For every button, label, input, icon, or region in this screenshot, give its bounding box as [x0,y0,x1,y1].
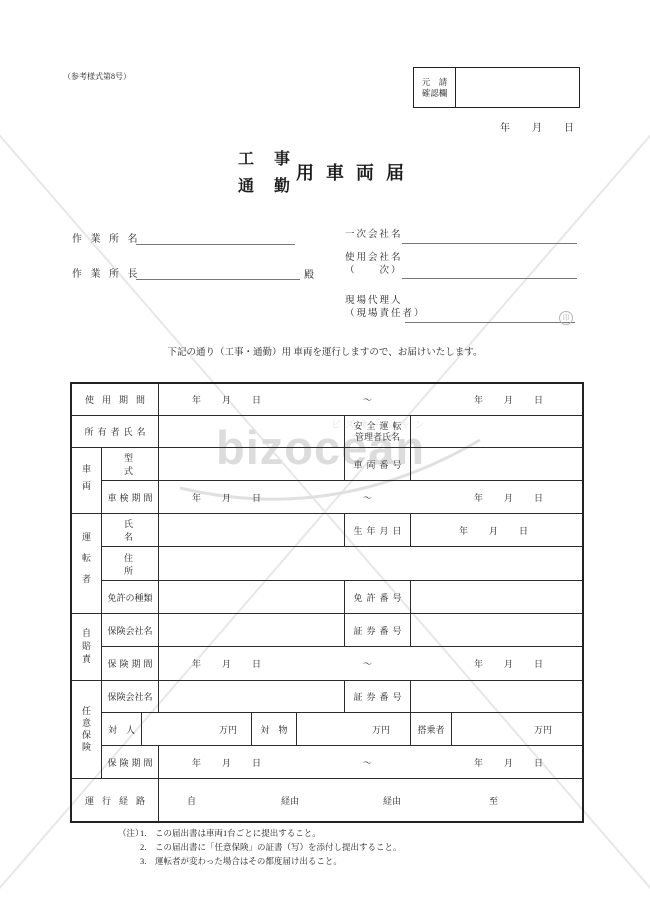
inspection-period-label: 車検期間 [102,481,159,514]
inspection-period-value: 年 月 日 〜 年 月 日 [159,481,582,514]
model-value [159,448,345,481]
footnote-line-1: （注）1.この届出書は車両1台ごとに提出すること。 [118,826,402,840]
using-company-label: 使用会社名 （ 次） [345,252,403,278]
route-via-1: 経由 [281,794,299,807]
instruction-sentence: 下記の通り（工事・通勤）用 車両を運行しますので、お届けいたします。 [0,344,650,358]
usage-period-value: 年 月 日 〜 年 月 日 [159,384,582,416]
route-via-2: 経由 [383,794,401,807]
voluntary-policy-number-label: 証券番号 [345,681,411,713]
cali-insurance-company-label: 保険会社名 [102,614,159,647]
per-person-label: 対 人 [102,713,142,746]
submission-date-placeholder: 年 月 日 [500,119,580,134]
voluntary-insurance-company-label: 保険会社名 [102,681,159,713]
honorific-dono: 殿 [304,266,314,281]
footnotes: （注）1.この届出書は車両1台ごとに提出すること。 2.この届出書に「任意保険」… [118,826,402,868]
approval-box-label: 元 請 確認欄 [414,68,456,107]
license-number-value [411,581,582,614]
cali-policy-number-label: 証券番号 [345,614,411,647]
vehicle-group-label: 車両 [72,448,102,514]
cali-insurance-period-value: 年 月 日 〜 年 月 日 [159,647,582,681]
voluntary-group-label: 任意保険 [72,681,102,779]
birth-date-value: 年 月 日 [411,514,582,547]
voluntary-insurance-period-label: 保険期間 [102,746,159,779]
route-label: 運行経路 [72,779,159,821]
vehicle-number-label: 車両番号 [345,448,411,481]
license-number-label: 免許番号 [345,581,411,614]
per-object-amount: 万円 [297,713,411,746]
site-agent-blank-line [405,302,575,323]
route-from: 自 [187,794,196,807]
route-to: 至 [489,794,498,807]
form-reference-number: （参考様式第8号） [63,71,131,82]
approval-box-blank-area [456,68,579,107]
footnote-line-3: 3.運転者が変わった場合はその都度届け出ること。 [118,854,402,868]
birth-date-label: 生年月日 [345,514,411,547]
worksite-name-blank-line [136,224,295,245]
per-object-label: 対 物 [252,713,297,746]
owner-name-label: 所有者氏名 [72,416,159,448]
cali-group-label: 自賠責 [72,614,102,681]
driver-group-label: 運転者 [72,514,102,614]
footnote-line-2: 2.この届出書に「任意保険」の証書（写）を添付し提出すること。 [118,840,402,854]
owner-name-value [159,416,345,448]
driver-name-value [159,514,345,547]
using-company-blank-line [402,258,577,279]
license-type-value [159,581,345,614]
voluntary-insurance-period-value: 年 月 日 〜 年 月 日 [159,746,582,779]
per-person-amount: 万円 [142,713,252,746]
prime-contractor-approval-box: 元 請 確認欄 [413,67,580,108]
cali-insurance-period-label: 保険期間 [102,647,159,681]
license-type-label: 免許の種類 [102,581,159,614]
vehicle-number-value [411,448,582,481]
vehicle-report-table: 使用期間 年 月 日 〜 年 月 日 所有者氏名 安全運転 管理者氏名 車両 型… [70,382,584,823]
address-value [159,547,582,581]
primary-company-label: 一次会社名 [345,229,403,242]
usage-period-label: 使用期間 [72,384,159,416]
safety-manager-label: 安全運転 管理者氏名 [345,416,411,448]
voluntary-insurance-company-value [159,681,345,713]
cali-insurance-company-value [159,614,345,647]
title-suffix: 用車両届 [296,159,416,185]
seal-placeholder-icon: 印 [559,311,573,325]
passenger-label: 搭乗者 [411,713,452,746]
worksite-name-label: 作 業 所 名 [72,230,141,245]
cali-policy-number-value [411,614,582,647]
safety-manager-value [411,416,582,448]
primary-company-blank-line [402,223,577,244]
route-value: 自 経由 経由 至 [159,779,582,821]
passenger-amount: 万円 [452,713,582,746]
worksite-chief-blank-line [136,259,300,280]
model-label: 型式 [102,448,159,481]
voluntary-policy-number-value [411,681,582,713]
title-stacked-bottom: 通 勤 [238,173,292,196]
footnote-prefix: （注） [118,826,140,840]
title-stacked-top: 工 事 [238,146,292,169]
address-label: 住所 [102,547,159,581]
driver-name-label: 氏名 [102,514,159,547]
worksite-chief-label: 作 業 所 長 [72,265,141,280]
